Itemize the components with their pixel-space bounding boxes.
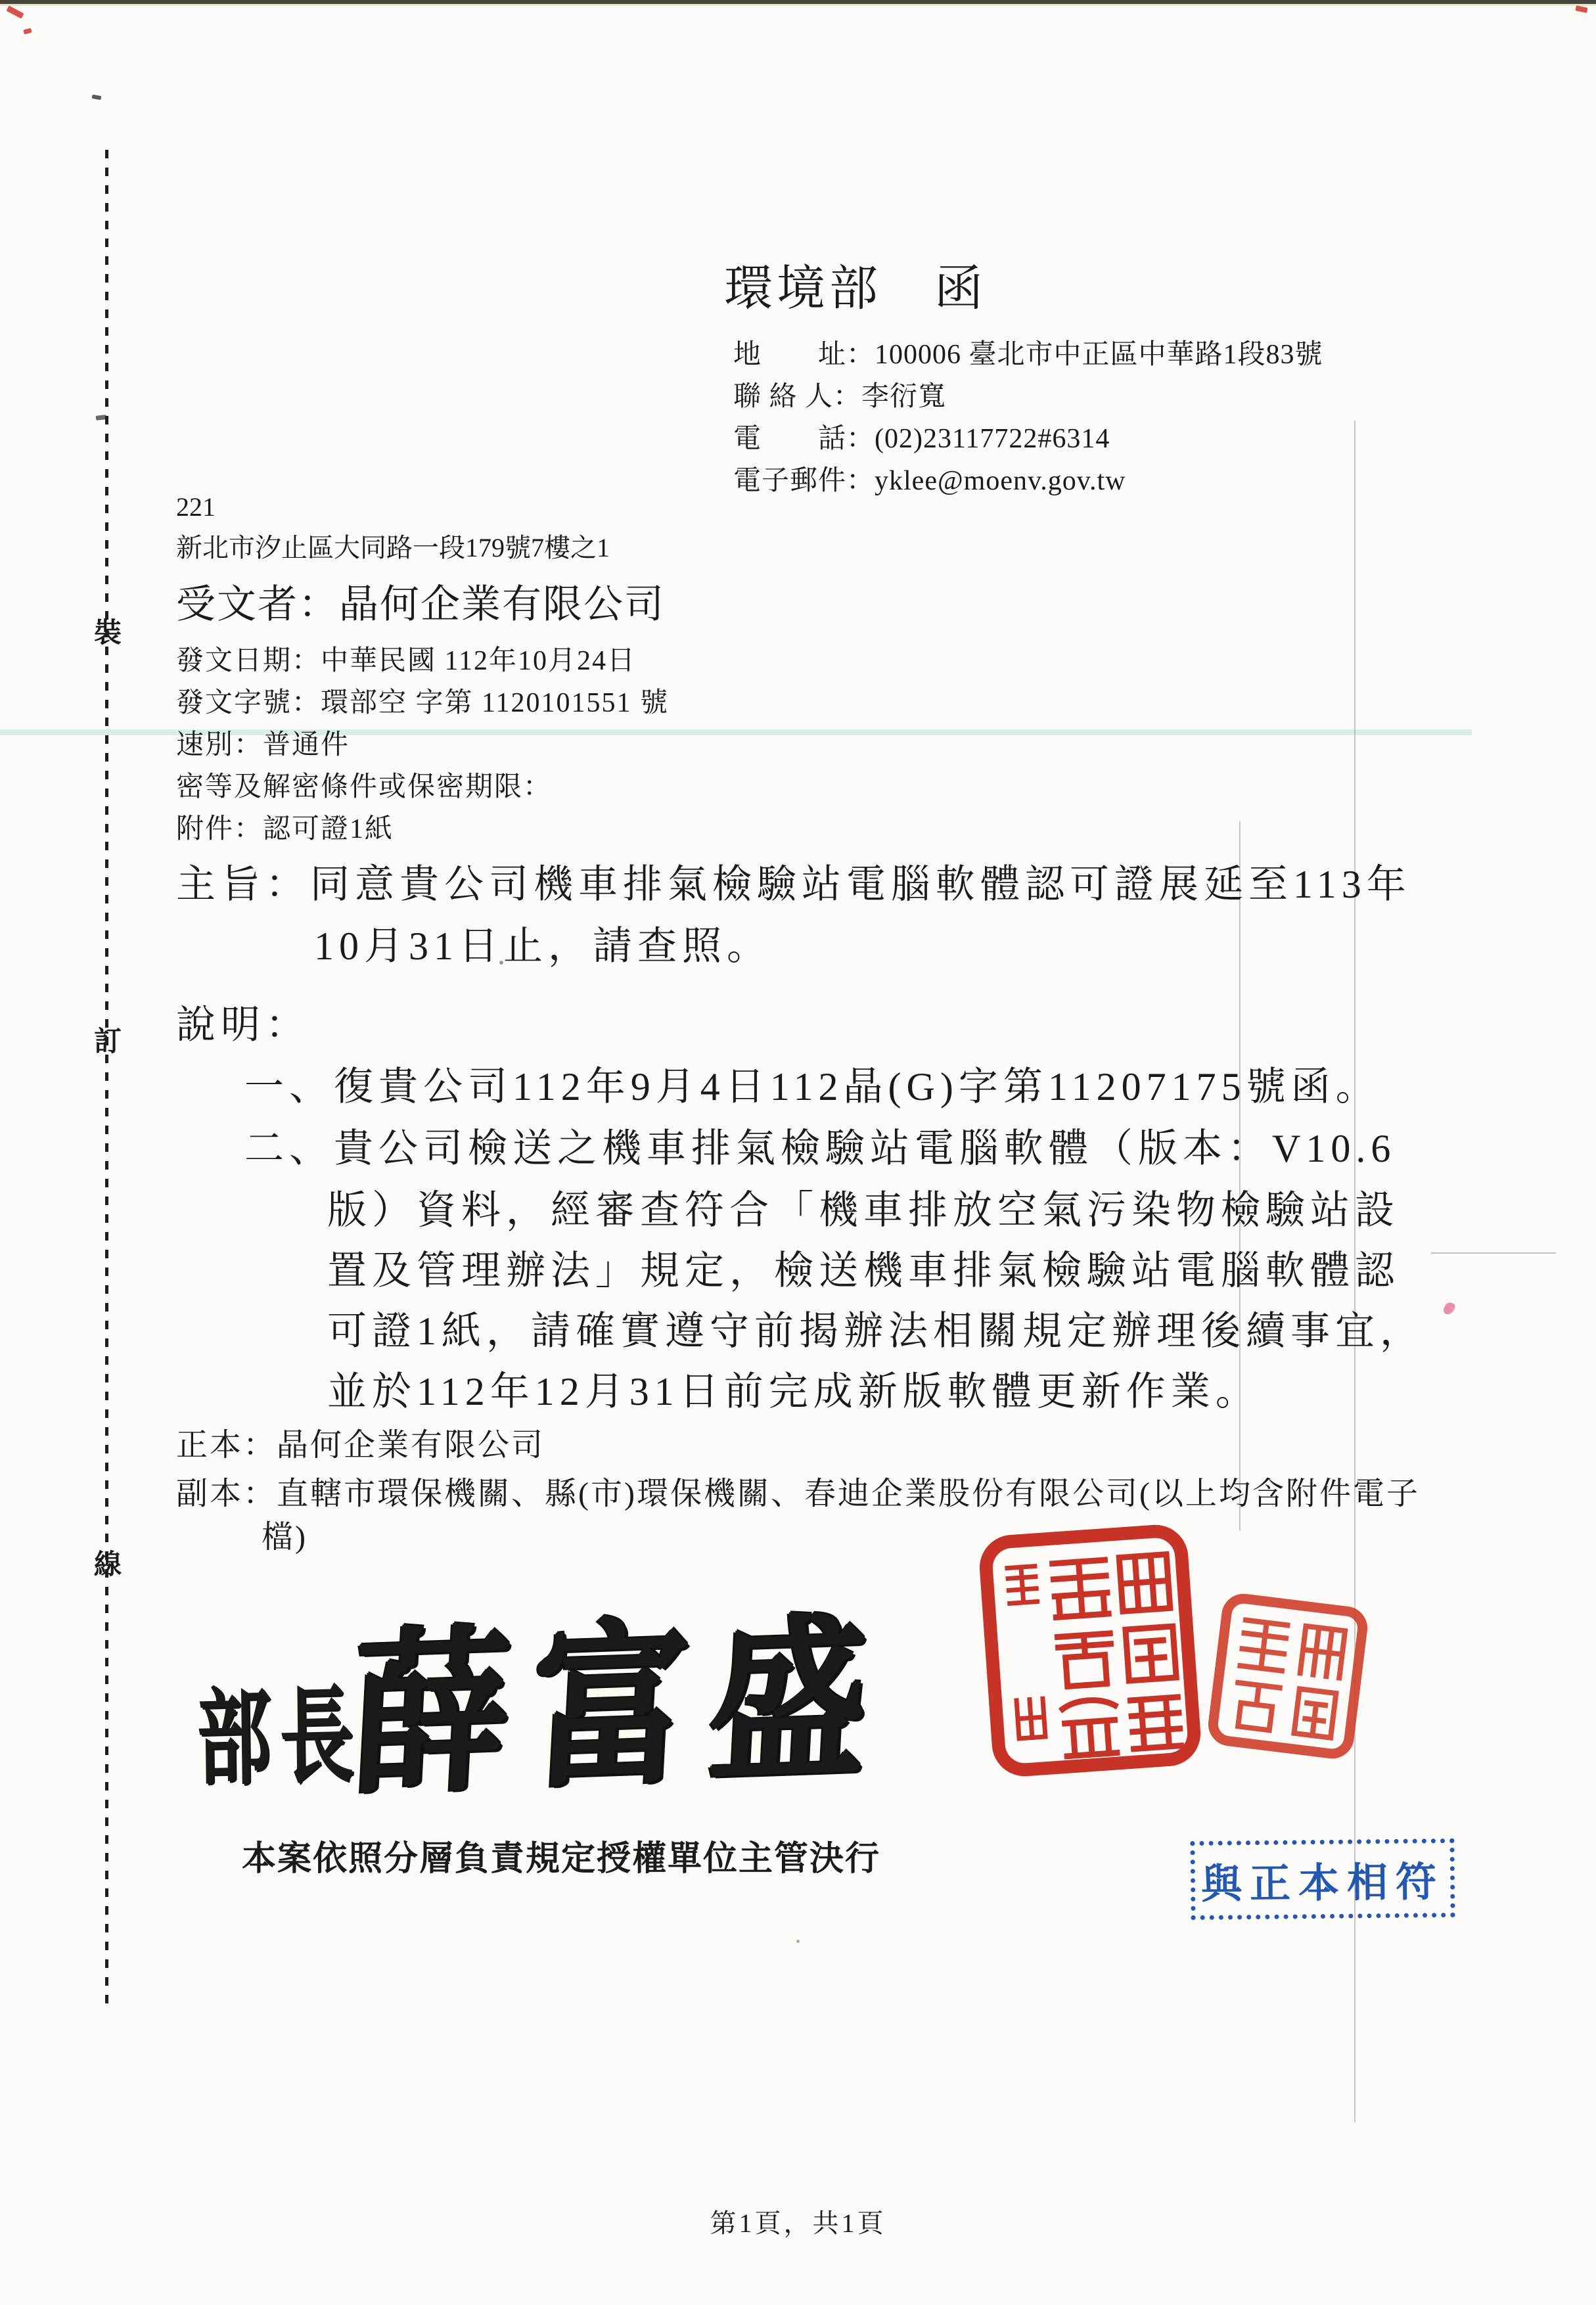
copy-original-line: 正本：晶何企業有限公司 (176, 1419, 545, 1465)
meta-attachment-value: 認可證1紙 (263, 814, 394, 844)
meta-row-attachment: 附件：認可證1紙 (176, 807, 394, 846)
binding-char-zhuang: 裝 (93, 611, 123, 650)
meta-refno-label: 發文字號： (176, 688, 321, 718)
header-row-email: 電子郵件：yklee@moenv.gov.tw (733, 459, 1126, 498)
meta-row-security: 密等及解密條件或保密期限： (176, 765, 552, 804)
page-number: 第1頁，共1頁 (0, 2202, 1596, 2240)
certified-true-copy-stamp: 與正本相符 (1190, 1838, 1455, 1920)
header-phone-value: (02)23117722#6314 (875, 424, 1110, 454)
description-item2-line4: 可證1紙，請確實遵守前揭辦法相關規定辦理後續事宜， (327, 1300, 1425, 1356)
meta-row-speed: 速別：普通件 (176, 723, 350, 762)
recipient-line: 受文者：晶何企業有限公司 (176, 573, 665, 629)
binding-dotted-line (105, 150, 108, 2013)
header-contact-value: 李衍寬 (861, 382, 946, 412)
description-item2-line3: 置及管理辦法」規定，檢送機車排氣檢驗站電腦軟體認 (327, 1239, 1400, 1296)
scan-horizontal-line (1431, 1252, 1556, 1254)
copy-cc-value1: 直轄市環保機關、縣(市)環保機關、春迪企業股份有限公司(以上均含附件電子 (277, 1476, 1420, 1511)
binding-char-xian: 線 (93, 1543, 123, 1582)
delegation-note: 本案依照分層負責規定授權單位主管決行 (242, 1831, 880, 1880)
meta-date-label: 發文日期： (176, 646, 321, 676)
scan-red-speck-1 (6, 5, 24, 18)
description-heading: 說明： (176, 993, 310, 1050)
header-address-label: 地 址： (733, 332, 875, 372)
description-item2-line1: 二、貴公司檢送之機車排氣檢驗站電腦軟體（版本：V10.6 (244, 1117, 1396, 1174)
dust-speck-4 (796, 1940, 800, 1943)
copy-cc-label: 副本： (176, 1476, 277, 1511)
header-email-value: yklee@moenv.gov.tw (875, 466, 1126, 496)
copy-original-label: 正本： (176, 1428, 277, 1463)
subject-line2: 10月31日止，請查照。 (314, 915, 771, 971)
scan-vertical-line-1 (1239, 821, 1241, 1531)
binding-char-ding: 訂 (93, 1020, 123, 1059)
certified-true-copy-text: 與正本相符 (1201, 1849, 1445, 1910)
header-row-address: 地 址：100006 臺北市中正區中華路1段83號 (733, 332, 1323, 372)
header-row-phone: 電 話：(02)23117722#6314 (733, 417, 1110, 456)
scan-red-speck-2 (23, 28, 32, 35)
recipient-address: 新北市汐止區大同路一段179號7樓之1 (176, 527, 610, 564)
header-address-value: 100006 臺北市中正區中華路1段83號 (875, 340, 1323, 370)
header-row-contact: 聯 絡 人：李衍寬 (733, 375, 946, 414)
recipient-name: 晶何企業有限公司 (339, 583, 665, 626)
official-red-seal-small (1204, 1589, 1371, 1763)
scan-red-speck-3 (1575, 5, 1587, 13)
copy-cc-line1: 副本：直轄市環保機關、縣(市)環保機關、春迪企業股份有限公司(以上均含附件電子 (176, 1468, 1420, 1513)
minister-name-calligraphy: 薛富盛 (347, 1557, 896, 1828)
meta-speed-value: 普通件 (263, 730, 350, 760)
scan-top-edge-light (0, 4, 1596, 6)
subject-line1: 主旨：同意貴公司機車排氣檢驗站電腦軟體認可證展延至113年 (176, 853, 1411, 909)
subject-text-line1: 同意貴公司機車排氣檢驗站電腦軟體認可證展延至113年 (310, 863, 1411, 906)
recipient-postal-code: 221 (176, 491, 216, 522)
meta-row-refno: 發文字號：環部空 字第 1120101551 號 (176, 681, 669, 720)
scan-pink-speck (1442, 1301, 1456, 1316)
scanned-official-letter: 裝 訂 線 環境部 函 地 址：100006 臺北市中正區中華路1段83號 聯 … (0, 0, 1596, 2305)
description-item1: 一、復貴公司112年9月4日112晶(G)字第11207175號函。 (244, 1055, 1380, 1112)
meta-refno-value: 環部空 字第 1120101551 號 (321, 688, 669, 718)
description-item2-line5: 並於112年12月31日前完成新版軟體更新作業。 (327, 1360, 1260, 1417)
description-item2-line2: 版）資料，經審查符合「機車排放空氣污染物檢驗站設 (327, 1179, 1400, 1235)
meta-security-label: 密等及解密條件或保密期限： (176, 772, 552, 802)
copy-original-value: 晶何企業有限公司 (277, 1428, 545, 1463)
subject-label: 主旨： (176, 863, 310, 906)
header-email-label: 電子郵件： (733, 459, 875, 498)
official-red-seal-large (976, 1521, 1204, 1780)
meta-row-date: 發文日期：中華民國 112年10月24日 (176, 639, 636, 678)
copy-cc-line2: 檔) (262, 1511, 308, 1557)
meta-date-value: 中華民國 112年10月24日 (321, 646, 636, 676)
meta-speed-label: 速別： (176, 730, 263, 760)
header-contact-label: 聯 絡 人： (733, 375, 861, 414)
header-phone-label: 電 話： (733, 417, 875, 456)
page-title: 環境部 函 (724, 250, 987, 319)
recipient-label: 受文者： (176, 583, 339, 626)
meta-attachment-label: 附件： (176, 814, 263, 844)
dust-speck-1 (92, 95, 102, 100)
minister-title-calligraphy: 部長 (196, 1652, 363, 1806)
